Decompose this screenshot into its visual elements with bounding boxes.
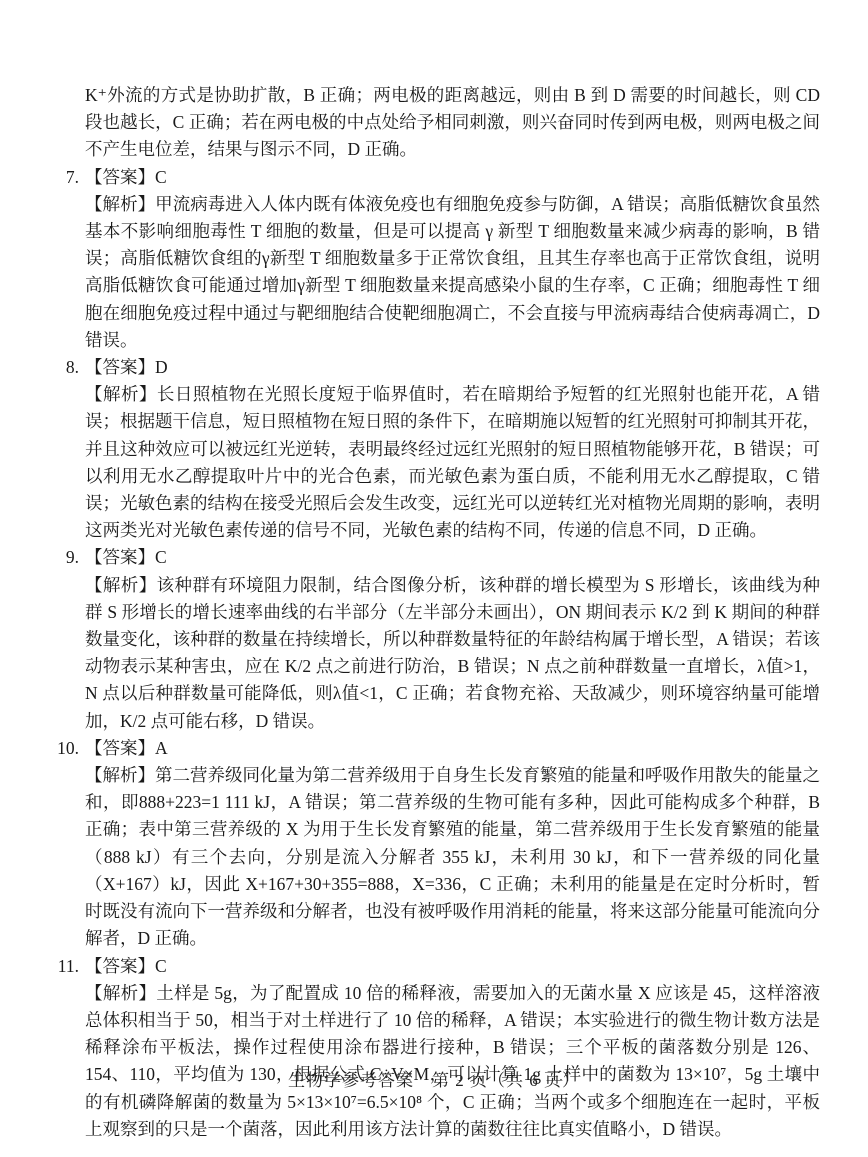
answer-letter: C bbox=[155, 956, 167, 976]
analysis-text: 土样是 5g，为了配置成 10 倍的稀释液，需要加入的无菌水量 X 应该是 45… bbox=[85, 983, 820, 1139]
analysis-paragraph: 【解析】该种群有环境阻力限制，结合图像分析，该种群的增长模型为 S 形增长，该曲… bbox=[85, 572, 820, 735]
analysis-label: 【解析】 bbox=[85, 765, 155, 785]
answer-letter: A bbox=[155, 738, 168, 758]
answer-line: 9.【答案】C bbox=[85, 544, 820, 571]
analysis-paragraph: 【解析】第二营养级同化量为第二营养级用于自身生长发育繁殖的能量和呼吸作用散失的能… bbox=[85, 762, 820, 952]
analysis-label: 【解析】 bbox=[85, 384, 157, 404]
answer-letter: D bbox=[155, 357, 168, 377]
answer-label: 【答案】 bbox=[85, 738, 155, 758]
analysis-paragraph: 【解析】长日照植物在光照长度短于临界值时，若在暗期给予短暂的红光照射也能开花，A… bbox=[85, 381, 820, 544]
analysis-text: 甲流病毒进入人体内既有体液免疫也有细胞免疫参与防御，A 错误；高脂低糖饮食虽然基… bbox=[85, 194, 820, 350]
question-number: 10. bbox=[57, 735, 79, 762]
analysis-paragraph: 【解析】土样是 5g，为了配置成 10 倍的稀释液，需要加入的无菌水量 X 应该… bbox=[85, 980, 820, 1143]
analysis-label: 【解析】 bbox=[85, 983, 156, 1003]
page-footer: 生物学参考答案 第 2 页（共 6 页） bbox=[0, 1066, 868, 1091]
question-number: 7. bbox=[66, 164, 79, 191]
analysis-paragraph: 【解析】甲流病毒进入人体内既有体液免疫也有细胞免疫参与防御，A 错误；高脂低糖饮… bbox=[85, 191, 820, 354]
page-content: K⁺外流的方式是协助扩散，B 正确；两电极的距离越远，则由 B 到 D 需要的时… bbox=[85, 82, 820, 1143]
answer-letter: C bbox=[155, 547, 167, 567]
answer-line: 10.【答案】A bbox=[85, 735, 820, 762]
answer-label: 【答案】 bbox=[85, 956, 155, 976]
answer-label: 【答案】 bbox=[85, 167, 155, 187]
continuation-paragraph: K⁺外流的方式是协助扩散，B 正确；两电极的距离越远，则由 B 到 D 需要的时… bbox=[85, 82, 820, 164]
analysis-label: 【解析】 bbox=[85, 575, 157, 595]
qa-item-11: 11.【答案】C 【解析】土样是 5g，为了配置成 10 倍的稀释液，需要加入的… bbox=[85, 953, 820, 1143]
qa-item-10: 10.【答案】A 【解析】第二营养级同化量为第二营养级用于自身生长发育繁殖的能量… bbox=[85, 735, 820, 953]
answer-label: 【答案】 bbox=[85, 547, 155, 567]
answer-label: 【答案】 bbox=[85, 357, 155, 377]
answer-letter: C bbox=[155, 167, 167, 187]
question-number: 11. bbox=[58, 953, 79, 980]
qa-item-7: 7.【答案】C 【解析】甲流病毒进入人体内既有体液免疫也有细胞免疫参与防御，A … bbox=[85, 164, 820, 354]
continuation-text: K⁺外流的方式是协助扩散，B 正确；两电极的距离越远，则由 B 到 D 需要的时… bbox=[85, 85, 820, 159]
qa-item-8: 8.【答案】D 【解析】长日照植物在光照长度短于临界值时，若在暗期给予短暂的红光… bbox=[85, 354, 820, 544]
answer-line: 8.【答案】D bbox=[85, 354, 820, 381]
analysis-text: 该种群有环境阻力限制，结合图像分析，该种群的增长模型为 S 形增长，该曲线为种群… bbox=[85, 575, 820, 731]
analysis-text: 长日照植物在光照长度短于临界值时，若在暗期给予短暂的红光照射也能开花，A 错误；… bbox=[85, 384, 820, 540]
analysis-label: 【解析】 bbox=[85, 194, 155, 214]
qa-item-9: 9.【答案】C 【解析】该种群有环境阻力限制，结合图像分析，该种群的增长模型为 … bbox=[85, 544, 820, 734]
analysis-text: 第二营养级同化量为第二营养级用于自身生长发育繁殖的能量和呼吸作用散失的能量之和，… bbox=[85, 765, 820, 948]
question-number: 8. bbox=[66, 354, 79, 381]
question-number: 9. bbox=[66, 544, 79, 571]
answer-line: 7.【答案】C bbox=[85, 164, 820, 191]
answer-line: 11.【答案】C bbox=[85, 953, 820, 980]
answer-key-page: K⁺外流的方式是协助扩散，B 正确；两电极的距离越远，则由 B 到 D 需要的时… bbox=[0, 0, 868, 1157]
